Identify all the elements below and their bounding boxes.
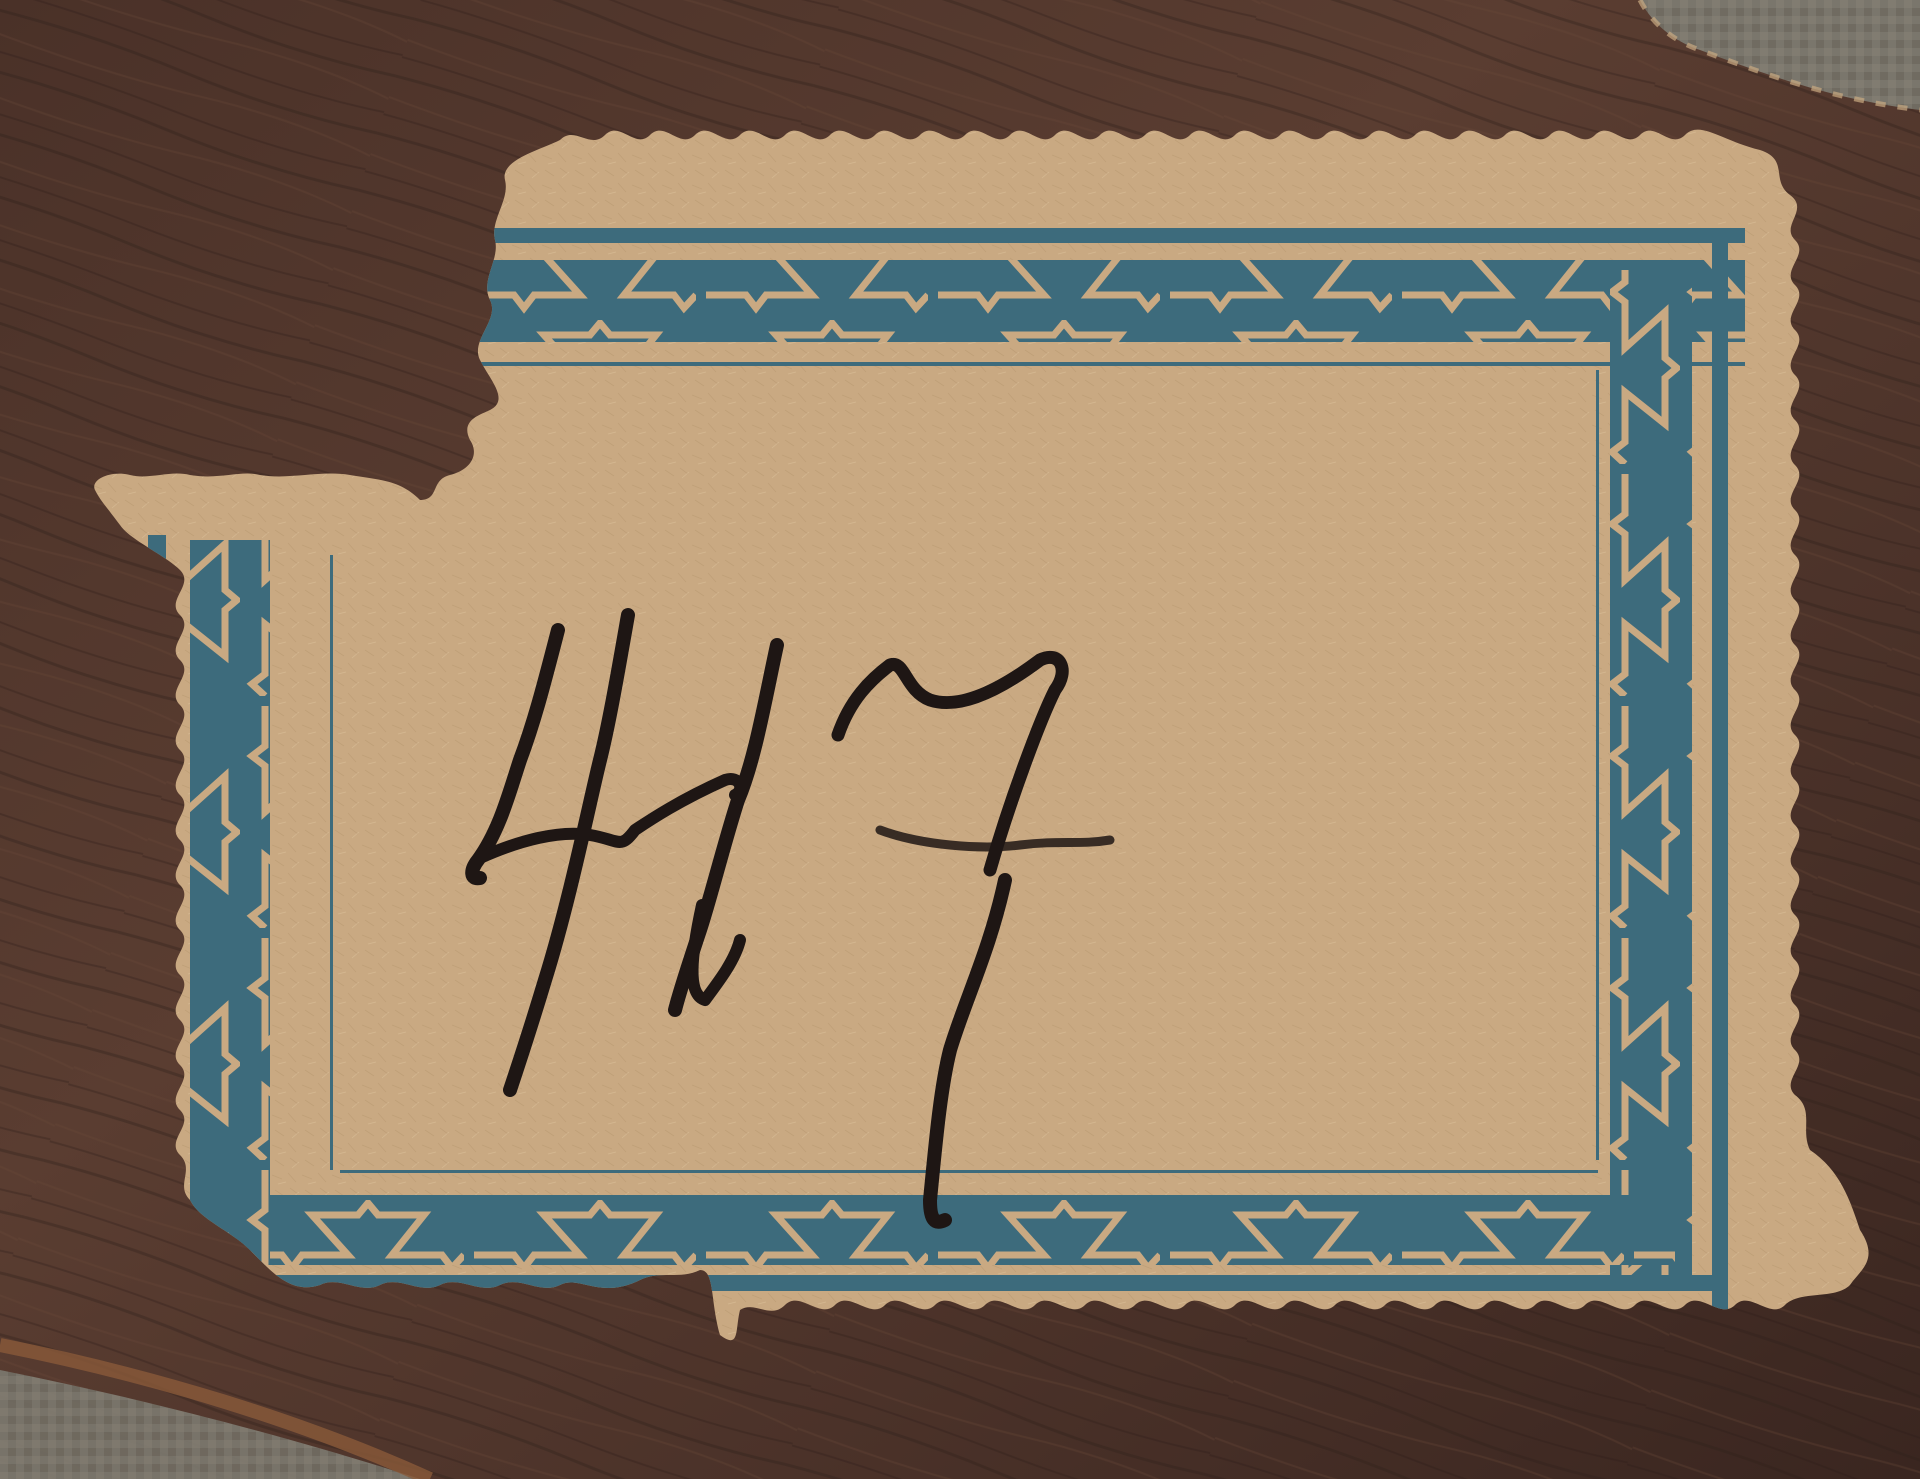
photo-scene: 417 <box>0 0 1920 1479</box>
label-photo: 417 <box>0 0 1920 1479</box>
